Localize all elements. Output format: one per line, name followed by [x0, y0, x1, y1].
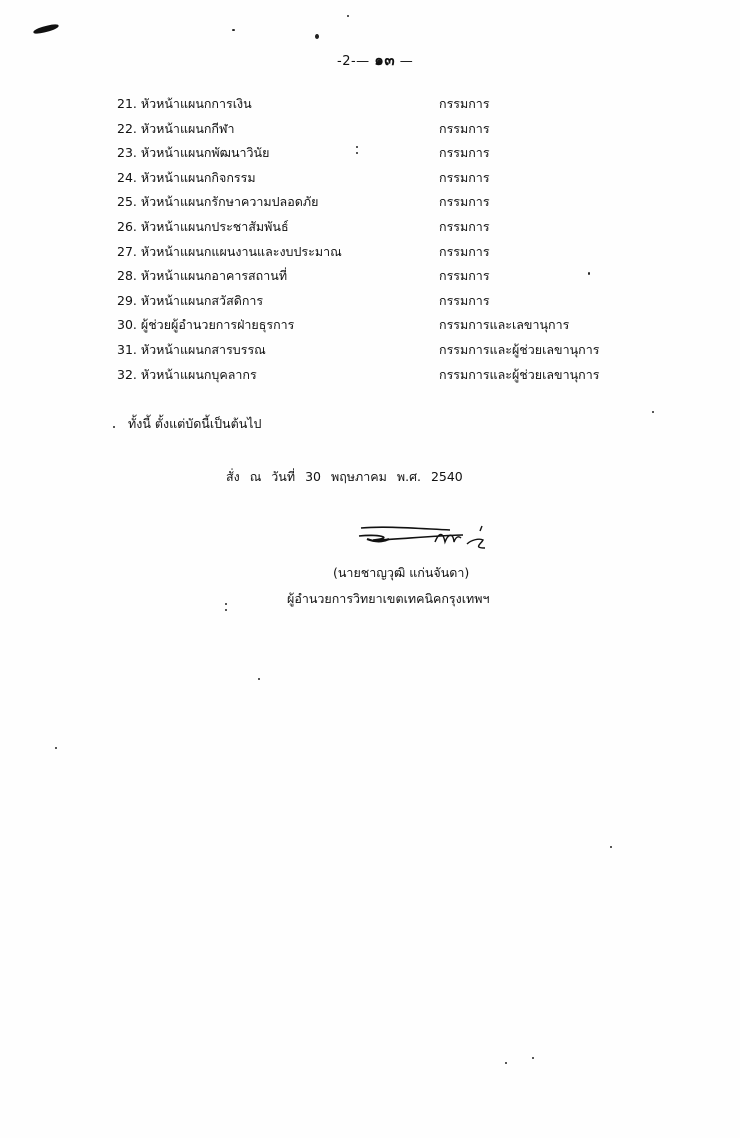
scan-speck: [258, 678, 260, 680]
scan-speck: [232, 29, 235, 31]
member-role: กรรมการ: [439, 267, 490, 285]
member-position-text: หัวหน้าแผนกการเงิน: [141, 96, 252, 111]
signatory-title: ผู้อำนวยการวิทยาเขตเทคนิคกรุงเทพฯ: [287, 589, 490, 609]
member-row: 27. หัวหน้าแผนกแผนงานและงบประมาณกรรมการ: [117, 243, 637, 268]
member-row: 24. หัวหน้าแผนกกิจกรรมกรรมการ: [117, 169, 637, 194]
member-position-text: ผู้ช่วยผู้อำนวยการฝ่ายธุรการ: [141, 317, 295, 332]
member-position: 26. หัวหน้าแผนกประชาสัมพันธ์: [117, 218, 289, 236]
member-position: 25. หัวหน้าแผนกรักษาความปลอดภัย: [117, 193, 318, 211]
scan-speck: [588, 272, 590, 275]
effective-statement: ทั้งนี้ ตั้งแต่บัดนี้เป็นต้นไป: [128, 414, 262, 434]
member-position: 24. หัวหน้าแผนกกิจกรรม: [117, 169, 256, 187]
page-number-thai: ๑๓: [374, 51, 395, 69]
member-role: กรรมการและผู้ช่วยเลขานุการ: [439, 366, 599, 384]
member-role: กรรมการ: [439, 95, 490, 113]
member-number: 29.: [117, 293, 137, 308]
member-position-text: หัวหน้าแผนกสารบรรณ: [141, 342, 266, 357]
document-page: -2-— ๑๓ — 21. หัวหน้าแผนกการเงินกรรมการ2…: [0, 0, 740, 1138]
member-number: 24.: [117, 170, 137, 185]
scan-speck: [505, 1062, 507, 1064]
member-position: 32. หัวหน้าแผนกบุคลากร: [117, 366, 257, 384]
member-position: 29. หัวหน้าแผนกสวัสดิการ: [117, 292, 263, 310]
scan-speck: [356, 152, 358, 154]
member-row: 28. หัวหน้าแผนกอาคารสถานที่กรรมการ: [117, 267, 637, 292]
member-role: กรรมการ: [439, 243, 490, 261]
member-position: 23. หัวหน้าแผนกพัฒนาวินัย: [117, 144, 269, 162]
member-number: 31.: [117, 342, 137, 357]
member-row: 25. หัวหน้าแผนกรักษาความปลอดภัยกรรมการ: [117, 193, 637, 218]
member-position-text: หัวหน้าแผนกพัฒนาวินัย: [141, 145, 270, 160]
member-row: 22. หัวหน้าแผนกกีฬากรรมการ: [117, 120, 637, 145]
member-role: กรรมการ: [439, 169, 490, 187]
scan-speck: [652, 411, 654, 413]
page-number-dash: —: [356, 54, 370, 69]
member-role: กรรมการ: [439, 193, 490, 211]
member-position-text: หัวหน้าแผนกประชาสัมพันธ์: [141, 219, 289, 234]
member-number: 22.: [117, 121, 137, 136]
scan-speck: [225, 603, 227, 605]
member-number: 25.: [117, 194, 137, 209]
signatory-name: (นายชาญวุฒิ แก่นจันดา): [333, 563, 469, 583]
member-row: 21. หัวหน้าแผนกการเงินกรรมการ: [117, 95, 637, 120]
page-number-arabic: -2-: [337, 54, 356, 69]
signature-image: [355, 518, 495, 554]
order-date: สั่ง ณ วันที่ 30 พฤษภาคม พ.ศ. 2540: [226, 467, 463, 487]
order-date-day: 30: [305, 469, 321, 484]
order-date-month-year: พฤษภาคม พ.ศ. 2540: [331, 469, 463, 484]
member-number: 23.: [117, 145, 137, 160]
member-role: กรรมการ: [439, 120, 490, 138]
member-role: กรรมการ: [439, 218, 490, 236]
member-number: 21.: [117, 96, 137, 111]
scan-speck: [610, 846, 612, 848]
page-number: -2-— ๑๓ —: [337, 48, 413, 72]
member-row: 29. หัวหน้าแผนกสวัสดิการกรรมการ: [117, 292, 637, 317]
scan-speck: [356, 146, 358, 148]
member-role: กรรมการและผู้ช่วยเลขานุการ: [439, 341, 599, 359]
member-position-text: หัวหน้าแผนกกิจกรรม: [141, 170, 256, 185]
member-position: 21. หัวหน้าแผนกการเงิน: [117, 95, 252, 113]
member-position: 28. หัวหน้าแผนกอาคารสถานที่: [117, 267, 287, 285]
member-role: กรรมการ: [439, 292, 490, 310]
member-position: 27. หัวหน้าแผนกแผนงานและงบประมาณ: [117, 243, 342, 261]
member-position: 30. ผู้ช่วยผู้อำนวยการฝ่ายธุรการ: [117, 316, 294, 334]
scan-speck: [225, 609, 227, 611]
member-position-text: หัวหน้าแผนกรักษาความปลอดภัย: [141, 194, 319, 209]
member-row: 23. หัวหน้าแผนกพัฒนาวินัยกรรมการ: [117, 144, 637, 169]
member-number: 26.: [117, 219, 137, 234]
order-date-prefix: สั่ง ณ วันที่: [226, 469, 295, 484]
member-role: กรรมการ: [439, 144, 490, 162]
committee-member-list: 21. หัวหน้าแผนกการเงินกรรมการ22. หัวหน้า…: [117, 95, 637, 390]
member-position-text: หัวหน้าแผนกบุคลากร: [141, 367, 257, 382]
member-position: 31. หัวหน้าแผนกสารบรรณ: [117, 341, 266, 359]
member-position-text: หัวหน้าแผนกกีฬา: [141, 121, 235, 136]
scan-speck: [532, 1057, 534, 1059]
member-number: 28.: [117, 268, 137, 283]
member-position-text: หัวหน้าแผนกแผนงานและงบประมาณ: [141, 244, 342, 259]
member-number: 27.: [117, 244, 137, 259]
member-position-text: หัวหน้าแผนกอาคารสถานที่: [141, 268, 287, 283]
member-role: กรรมการและเลขานุการ: [439, 316, 569, 334]
member-position-text: หัวหน้าแผนกสวัสดิการ: [141, 293, 263, 308]
member-row: 32. หัวหน้าแผนกบุคลากรกรรมการและผู้ช่วยเ…: [117, 366, 637, 391]
member-row: 31. หัวหน้าแผนกสารบรรณกรรมการและผู้ช่วยเ…: [117, 341, 637, 366]
scan-speck: [347, 15, 349, 17]
scan-speck: [315, 34, 319, 39]
scan-artifact-mark: [33, 23, 60, 35]
member-row: 30. ผู้ช่วยผู้อำนวยการฝ่ายธุรการกรรมการแ…: [117, 316, 637, 341]
member-position: 22. หัวหน้าแผนกกีฬา: [117, 120, 235, 138]
page-number-dash-trailing: —: [400, 54, 414, 69]
scan-speck: [55, 747, 57, 749]
member-number: 30.: [117, 317, 137, 332]
member-row: 26. หัวหน้าแผนกประชาสัมพันธ์กรรมการ: [117, 218, 637, 243]
scan-speck: [113, 426, 115, 428]
member-number: 32.: [117, 367, 137, 382]
